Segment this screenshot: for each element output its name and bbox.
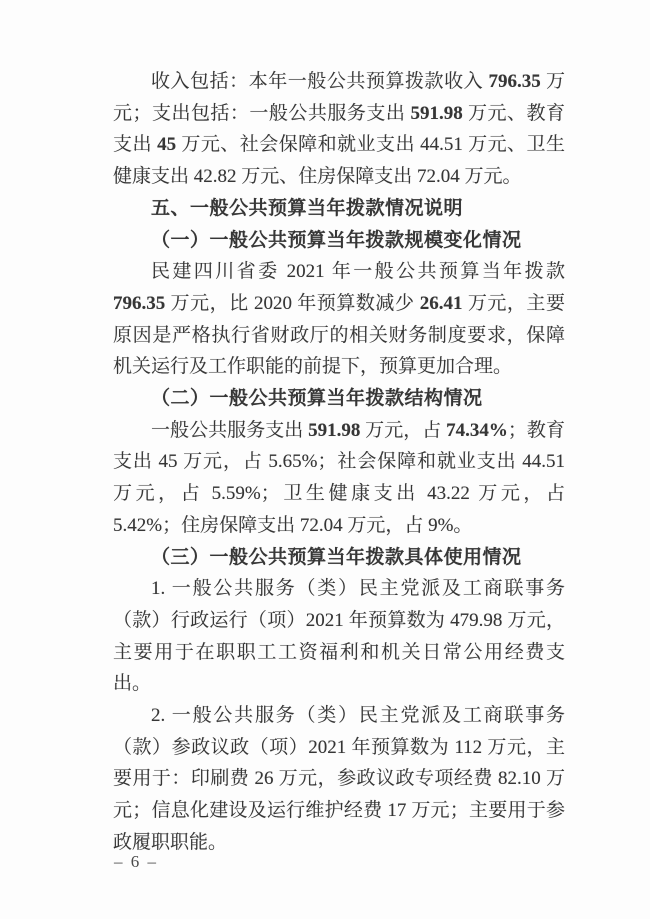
- emphasized-figure: 796.35: [488, 71, 540, 92]
- subsection-heading-1: （一）一般公共预算当年拨款规模变化情况: [113, 225, 565, 257]
- emphasized-figure: 26.41: [420, 293, 463, 314]
- text-run: 收入包括：本年一般公共预算拨款收入: [151, 71, 488, 92]
- text-run: （二）一般公共预算当年拨款结构情况: [151, 388, 483, 409]
- page-number: – 6 –: [114, 852, 158, 872]
- emphasized-figure: 591.98: [411, 103, 463, 124]
- text-run: 万元、社会保障和就业支出 44.51 万元、卫生健康支出 42.82 万元、住房…: [113, 134, 565, 187]
- paragraph-income-expense-summary: 收入包括：本年一般公共预算拨款收入 796.35 万元；支出包括：一般公共服务支…: [113, 66, 565, 193]
- paragraph-item-2: 2. 一般公共服务（类）民主党派及工商联事务（款）参政议政（项）2021 年预算…: [113, 700, 565, 859]
- text-run: （三）一般公共预算当年拨款具体使用情况: [151, 547, 522, 568]
- text-run: 万元，比 2020 年预算数减少: [165, 293, 420, 314]
- text-run: （一）一般公共预算当年拨款规模变化情况: [151, 230, 522, 251]
- text-run: 2. 一般公共服务（类）民主党派及工商联事务（款）参政议政（项）2021 年预算…: [113, 705, 565, 853]
- section-heading-5: 五、一般公共预算当年拨款情况说明: [113, 193, 565, 225]
- text-run: 万元，占: [360, 420, 446, 441]
- paragraph-structure: 一般公共服务支出 591.98 万元，占 74.34%；教育支出 45 万元，占…: [113, 415, 565, 542]
- document-page: 收入包括：本年一般公共预算拨款收入 796.35 万元；支出包括：一般公共服务支…: [0, 0, 650, 919]
- emphasized-figure: 45: [157, 134, 176, 155]
- subsection-heading-3: （三）一般公共预算当年拨款具体使用情况: [113, 542, 565, 574]
- text-run: 民建四川省委 2021 年一般公共预算当年拨款: [151, 261, 565, 282]
- emphasized-figure: 796.35: [113, 293, 165, 314]
- document-body: 收入包括：本年一般公共预算拨款收入 796.35 万元；支出包括：一般公共服务支…: [113, 66, 565, 859]
- text-run: 五、一般公共预算当年拨款情况说明: [151, 198, 463, 219]
- emphasized-figure: 591.98: [308, 420, 360, 441]
- text-run: 1. 一般公共服务（类）民主党派及工商联事务（款）行政运行（项）2021 年预算…: [113, 578, 565, 694]
- paragraph-scale-change: 民建四川省委 2021 年一般公共预算当年拨款 796.35 万元，比 2020…: [113, 256, 565, 383]
- subsection-heading-2: （二）一般公共预算当年拨款结构情况: [113, 383, 565, 415]
- text-run: 一般公共服务支出: [151, 420, 308, 441]
- paragraph-item-1: 1. 一般公共服务（类）民主党派及工商联事务（款）行政运行（项）2021 年预算…: [113, 573, 565, 700]
- emphasized-figure: 74.34%: [446, 420, 508, 441]
